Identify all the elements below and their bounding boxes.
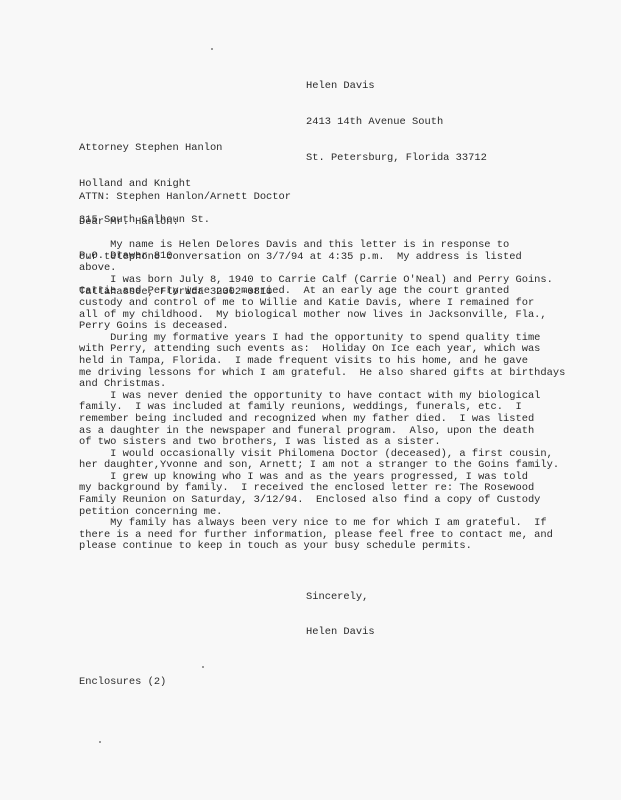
body-line: custody and control of me to Willie and … (79, 298, 619, 310)
body-line: Perry Goins is deceased. (79, 321, 619, 333)
body-line: held in Tampa, Florida. I made frequent … (79, 356, 619, 368)
scan-speck (202, 666, 204, 668)
body-line: remember being included and recognized w… (79, 414, 619, 426)
attention-line: ATTN: Stephen Hanlon/Arnett Doctor (79, 191, 291, 203)
body-line: Family Reunion on Saturday, 3/12/94. Enc… (79, 495, 619, 507)
letter-body: My name is Helen Delores Davis and this … (79, 240, 619, 553)
closing: Sincerely, (306, 591, 368, 603)
signature: Helen Davis (306, 626, 375, 638)
body-line: My name is Helen Delores Davis and this … (79, 240, 619, 252)
sender-block: Helen Davis 2413 14th Avenue South St. P… (306, 56, 487, 188)
sender-address-line1: 2413 14th Avenue South (306, 116, 487, 128)
recipient-line: Holland and Knight (79, 178, 272, 190)
body-line: and Christmas. (79, 379, 619, 391)
enclosures-note: Enclosures (2) (79, 676, 166, 688)
recipient-line: Attorney Stephen Hanlon (79, 142, 272, 154)
sender-name: Helen Davis (306, 80, 487, 92)
sender-address-line2: St. Petersburg, Florida 33712 (306, 152, 487, 164)
body-line: of two sisters and two brothers, I was l… (79, 437, 619, 449)
salutation: Dear Mr. Hanlon: (79, 216, 179, 228)
body-line: our telephone conversation on 3/7/94 at … (79, 252, 619, 264)
scan-speck (99, 741, 101, 743)
letter-page: Helen Davis 2413 14th Avenue South St. P… (0, 0, 621, 800)
scan-speck (211, 48, 213, 50)
body-line: please continue to keep in touch as your… (79, 541, 619, 553)
